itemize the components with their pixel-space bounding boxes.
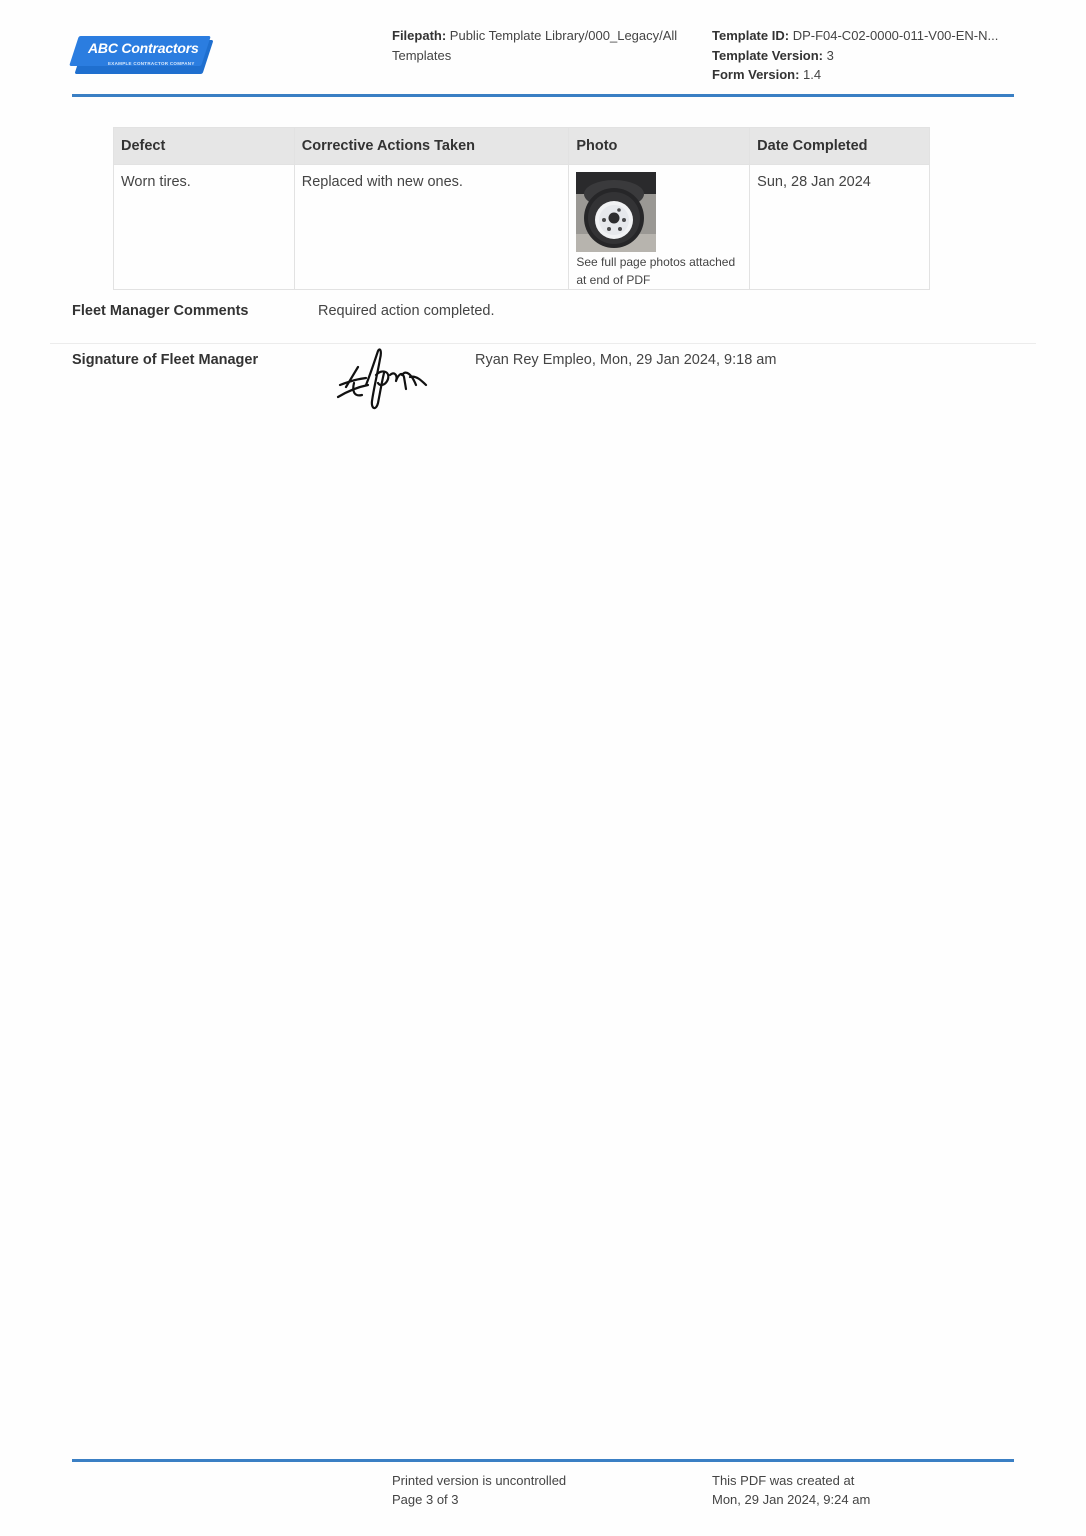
cell-corrective-action: Replaced with new ones. xyxy=(294,165,569,290)
table-header-row: Defect Corrective Actions Taken Photo Da… xyxy=(114,128,930,165)
template-meta: Template ID: DP-F04-C02-0000-011-V00-EN-… xyxy=(712,26,1017,85)
footer-right: This PDF was created at Mon, 29 Jan 2024… xyxy=(712,1472,870,1509)
column-header-date-completed: Date Completed xyxy=(750,128,930,165)
defects-table: Defect Corrective Actions Taken Photo Da… xyxy=(113,127,930,290)
cell-defect: Worn tires. xyxy=(114,165,295,290)
column-header-photo: Photo xyxy=(569,128,750,165)
footer-left: Printed version is uncontrolled Page 3 o… xyxy=(392,1472,566,1509)
uncontrolled-notice: Printed version is uncontrolled xyxy=(392,1472,566,1491)
template-version-row: Template Version: 3 xyxy=(712,46,1017,66)
photo-attachment-note: See full page photos attached at end of … xyxy=(576,253,742,289)
logo-company-name: ABC Contractors xyxy=(88,40,199,56)
template-version-label: Template Version: xyxy=(712,48,823,63)
form-version-value: 1.4 xyxy=(803,67,821,82)
created-timestamp: Mon, 29 Jan 2024, 9:24 am xyxy=(712,1491,870,1510)
template-id-label: Template ID: xyxy=(712,28,789,43)
template-version-value: 3 xyxy=(827,48,834,63)
page-indicator: Page 3 of 3 xyxy=(392,1491,566,1510)
column-header-corrective-actions: Corrective Actions Taken xyxy=(294,128,569,165)
form-version-label: Form Version: xyxy=(712,67,799,82)
template-id-value: DP-F04-C02-0000-011-V00-EN-N... xyxy=(793,28,999,43)
filepath-meta: Filepath: Public Template Library/000_Le… xyxy=(392,26,692,65)
table-row: Worn tires. Replaced with new ones. xyxy=(114,165,930,290)
logo-tagline: EXAMPLE CONTRACTOR COMPANY xyxy=(108,61,195,66)
company-logo: ABC Contractors EXAMPLE CONTRACTOR COMPA… xyxy=(74,36,210,74)
created-label: This PDF was created at xyxy=(712,1472,870,1491)
fleet-manager-comments-value: Required action completed. xyxy=(318,303,495,319)
template-id-row: Template ID: DP-F04-C02-0000-011-V00-EN-… xyxy=(712,26,1017,46)
filepath-label: Filepath: xyxy=(392,28,446,43)
footer-rule xyxy=(72,1459,1014,1462)
signature-icon xyxy=(336,345,431,417)
tire-photo-icon[interactable] xyxy=(576,172,656,252)
cell-date-completed: Sun, 28 Jan 2024 xyxy=(750,165,930,290)
column-header-defect: Defect xyxy=(114,128,295,165)
section-divider xyxy=(50,343,1036,344)
document-header: ABC Contractors EXAMPLE CONTRACTOR COMPA… xyxy=(72,0,1014,97)
fleet-manager-comments-label: Fleet Manager Comments xyxy=(72,303,248,319)
signature-signed-by: Ryan Rey Empleo, Mon, 29 Jan 2024, 9:18 … xyxy=(475,352,776,368)
cell-photo: See full page photos attached at end of … xyxy=(569,165,750,290)
form-version-row: Form Version: 1.4 xyxy=(712,65,1017,85)
signature-label: Signature of Fleet Manager xyxy=(72,352,258,368)
